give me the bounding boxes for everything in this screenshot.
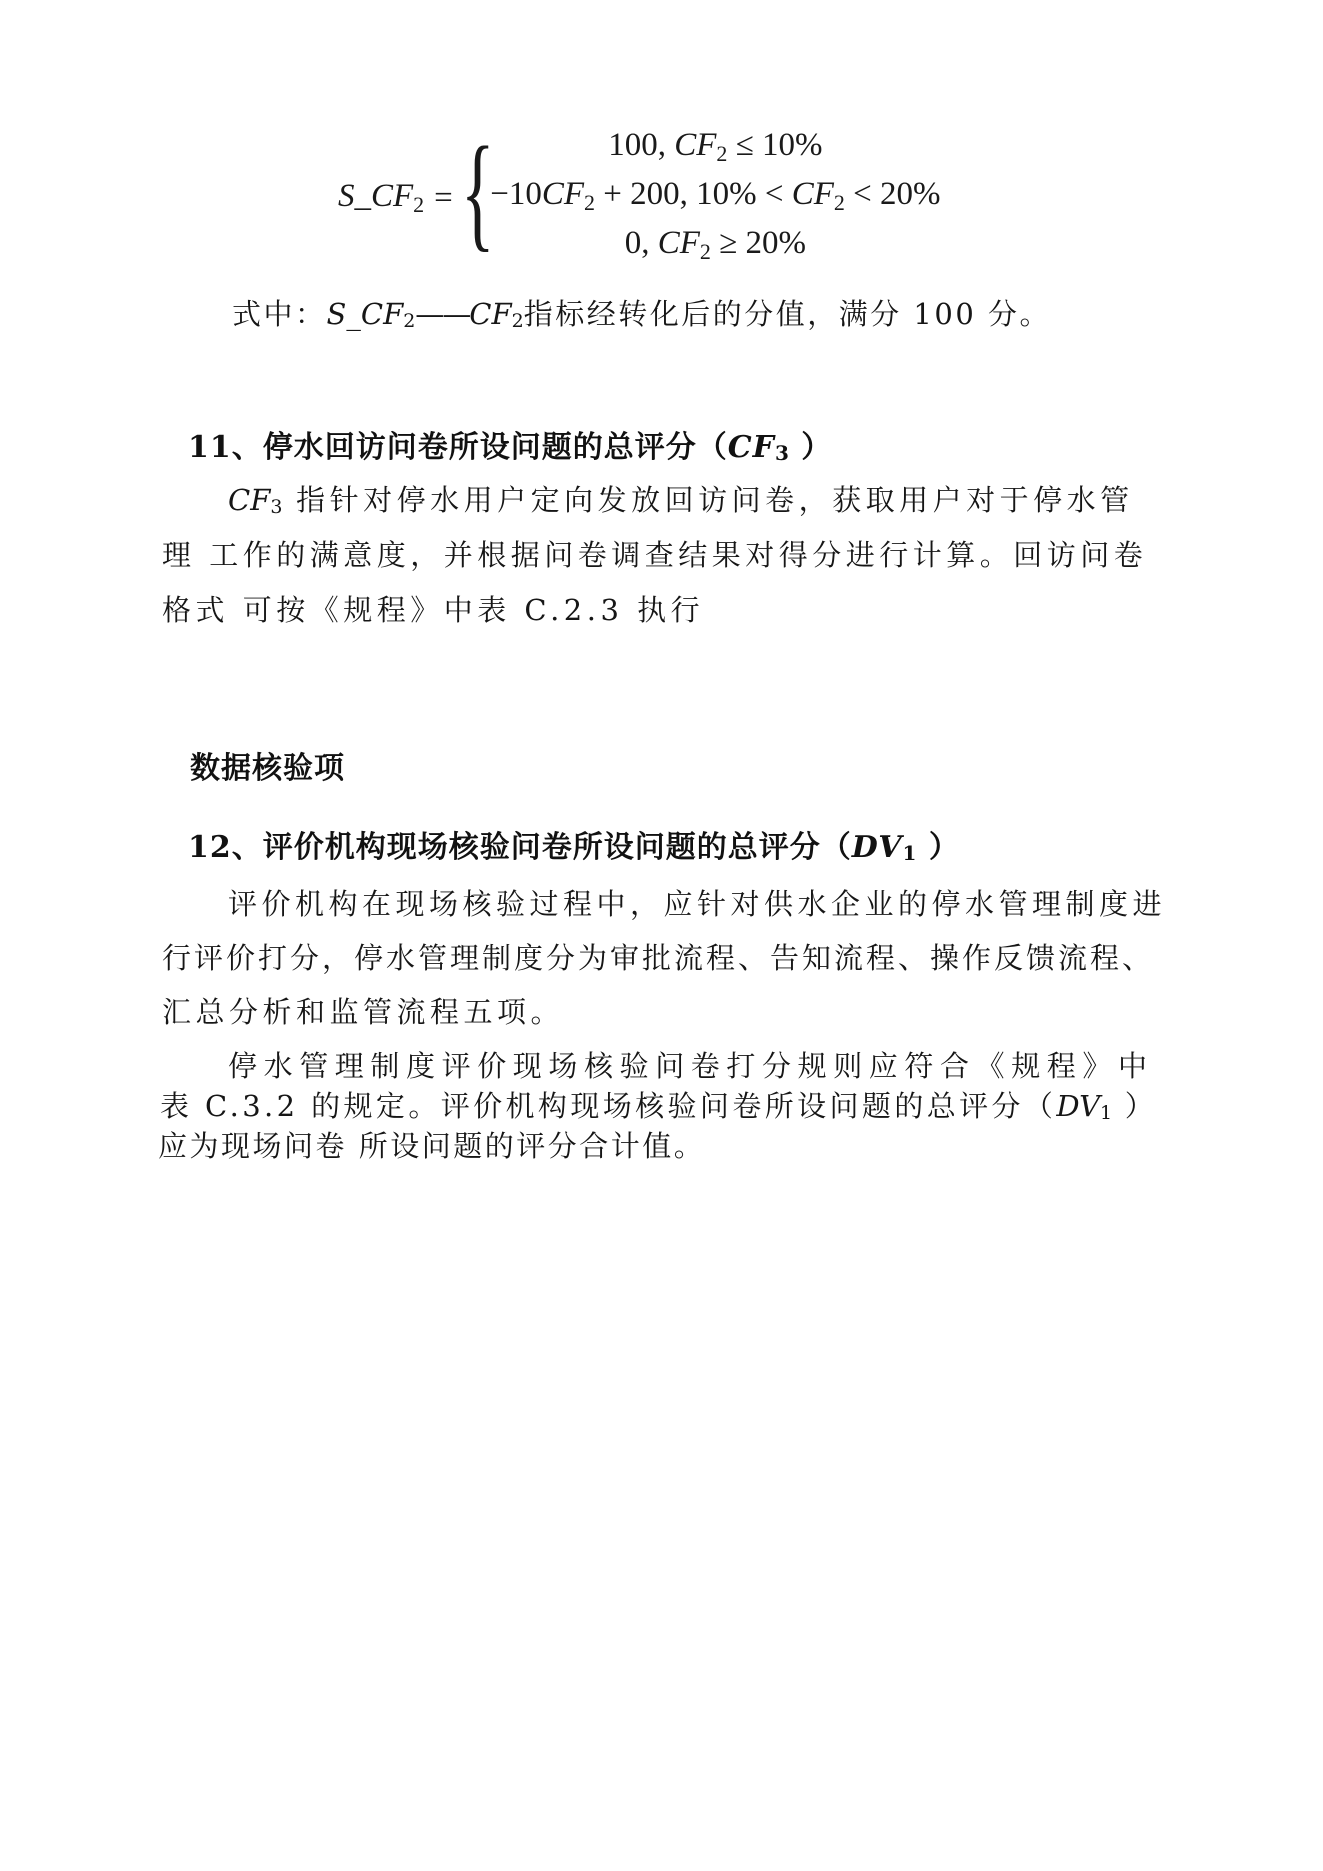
formula-case-2: −10CF2 + 200, 10% < CF2 < 20% (490, 174, 940, 223)
section-12-para2-line-2: 表 C.3.2 的规定。评价机构现场核验问卷所设问题的总评分（DV1 ） (160, 1084, 1157, 1125)
formula-brace: { (461, 128, 495, 256)
formula-case-1: 100, CF2 ≤ 10% (608, 125, 822, 174)
formula-lhs: S_CF2 (338, 178, 424, 218)
formula-cases: 100, CF2 ≤ 10% −10CF2 + 200, 10% < CF2 <… (490, 125, 940, 272)
section-12-para1-line-1: 评价机构在现场核验过程中，应针对供水企业的停水管理制度进 (228, 882, 1166, 923)
formula-case-3: 0, CF2 ≥ 20% (625, 223, 806, 272)
category-heading: 数据核验项 (190, 743, 345, 787)
section-11-line-1: CF3 指针对停水用户定向发放回访问卷，获取用户对于停水管 (228, 478, 1134, 519)
document-page: S_CF2 = { 100, CF2 ≤ 10% −10CF2 + 200, 1… (0, 0, 1323, 1871)
formula-note: 式中：S_CF2——CF2指标经转化后的分值，满分 100 分。 (232, 292, 1051, 333)
section-11-line-2: 理 工作的满意度，并根据问卷调查结果对得分进行计算。回访问卷 (162, 533, 1147, 574)
section-12-para2-line-1: 停水管理制度评价现场核验问卷打分规则应符合《规程》中 (228, 1044, 1154, 1085)
section-12-para1-line-3: 汇总分析和监管流程五项。 (162, 990, 564, 1031)
section-11-heading: 11、停水回访问卷所设问题的总评分（CF3 ） (188, 422, 832, 466)
section-12-para2-line-3: 应为现场问卷 所设问题的评分合计值。 (158, 1124, 705, 1165)
formula-equals: = (434, 180, 453, 217)
piecewise-formula: S_CF2 = { 100, CF2 ≤ 10% −10CF2 + 200, 1… (338, 138, 941, 258)
section-11-line-3: 格式 可按《规程》中表 C.2.3 执行 (162, 588, 704, 629)
section-12-heading: 12、评价机构现场核验问卷所设问题的总评分（DV1 ） (188, 822, 960, 866)
section-12-para1-line-2: 行评价打分，停水管理制度分为审批流程、告知流程、操作反馈流程、 (162, 936, 1154, 977)
